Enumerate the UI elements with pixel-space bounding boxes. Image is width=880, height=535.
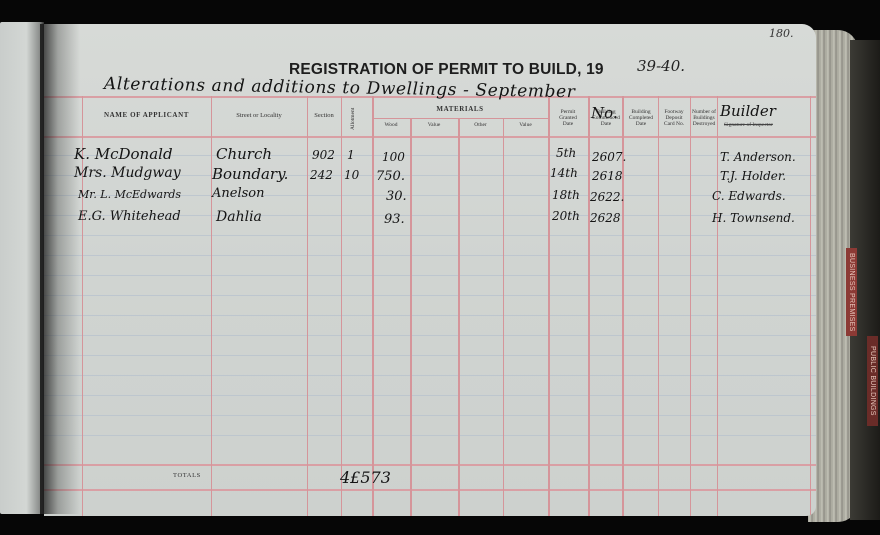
col-rule [588, 96, 590, 516]
col-rule [810, 96, 811, 516]
col-rule [717, 96, 718, 516]
header-value-2: Value [503, 123, 548, 129]
header-materials: MATERIALS [372, 106, 548, 113]
builder: C. Edwards. [712, 189, 786, 203]
totals-value: 4£573 [340, 468, 391, 487]
rule [44, 335, 816, 336]
col-rule [211, 96, 212, 516]
wood-value: 750. [376, 169, 405, 184]
street: Anelson [212, 186, 264, 201]
col-rule [658, 96, 659, 516]
rule [44, 395, 816, 396]
rule [44, 415, 816, 416]
totals-label: TOTALS [173, 472, 201, 479]
header-inspector-struck: Signature of Inspector [724, 122, 773, 128]
rule [44, 355, 816, 356]
header-name: NAME OF APPLICANT [82, 112, 211, 119]
builder: T.J. Holder. [720, 169, 786, 183]
col-rule [548, 96, 550, 516]
header-value-1: Value [410, 123, 458, 129]
rule [44, 275, 816, 276]
col-rule [307, 96, 308, 516]
street: Church [216, 145, 272, 163]
wood-value: 93. [384, 212, 405, 227]
applicant-name: Mrs. Mudgway [74, 165, 181, 181]
rule [44, 315, 816, 316]
permit-number: 2607. [592, 150, 626, 164]
applicant-name: Mr. L. McEdwards [78, 188, 181, 201]
builder: T. Anderson. [720, 150, 796, 164]
permit-number: 2628 [590, 211, 621, 225]
permit-date: 20th [552, 209, 580, 223]
street: Dahlia [216, 209, 262, 225]
col-rule [458, 118, 460, 516]
header-buildings-destroyed: Number of Buildings Destroyed [690, 110, 718, 127]
col-rule [372, 96, 374, 516]
rule [44, 295, 816, 296]
header-allotment: Allotment [351, 104, 357, 134]
ledger-photo: BUSINESS PREMISES PUBLIC BUILDINGS [0, 0, 880, 535]
street: Boundary. [212, 165, 288, 183]
allotment: 1 [347, 148, 355, 162]
ledger-page: 180. REGISTRATION OF PERMIT TO BUILD, 19… [44, 24, 816, 516]
rule [44, 255, 816, 256]
builder: H. Townsend. [712, 211, 795, 225]
tab-business-premises[interactable]: BUSINESS PREMISES [846, 248, 857, 336]
totals-bottom-rule [44, 489, 816, 491]
page-number: 180. [769, 27, 794, 40]
header-builder-handwritten: Builder [720, 102, 776, 120]
applicant-name: K. McDonald [74, 145, 173, 163]
col-rule [341, 96, 342, 516]
tab-public-buildings[interactable]: PUBLIC BUILDINGS [867, 336, 878, 426]
header-other: Other [458, 123, 503, 129]
totals-top-rule [44, 464, 816, 466]
form-title: REGISTRATION OF PERMIT TO BUILD, 19 [289, 61, 604, 79]
previous-page-edge [0, 22, 44, 514]
wood-value: 30. [386, 189, 407, 204]
rule [44, 435, 816, 436]
permit-date: 14th [550, 166, 578, 180]
header-section: Section [307, 113, 341, 120]
materials-subrule [372, 118, 548, 119]
allotment: 10 [344, 168, 359, 182]
header-building-completed: Building Completed Date [626, 110, 656, 127]
rule [44, 375, 816, 376]
header-wood: Wood [372, 123, 410, 129]
rule [44, 235, 816, 236]
applicant-name: E.G. Whitehead [78, 209, 181, 224]
col-rule [690, 96, 691, 516]
section: 902 [312, 148, 335, 162]
permit-date: 5th [556, 146, 576, 160]
header-bottom-rule [44, 136, 816, 138]
permit-number: 2622. [590, 190, 624, 204]
tab-label: BUSINESS PREMISES [848, 253, 855, 332]
col-rule [503, 118, 504, 516]
section: 242 [310, 168, 333, 182]
header-street: Street or Locality [211, 113, 307, 120]
permit-number: 2618 [592, 169, 623, 183]
tab-label: PUBLIC BUILDINGS [869, 346, 876, 416]
header-permit-no-overwrite: No. [591, 104, 618, 122]
header-footway-deposit: Footway Deposit Card No. [660, 110, 688, 127]
wood-value: 100 [382, 150, 405, 164]
title-year: 39-40. [637, 57, 685, 75]
permit-date: 18th [552, 188, 580, 202]
header-permit-granted: Permit Granted Date [554, 110, 582, 127]
col-rule [410, 118, 412, 516]
